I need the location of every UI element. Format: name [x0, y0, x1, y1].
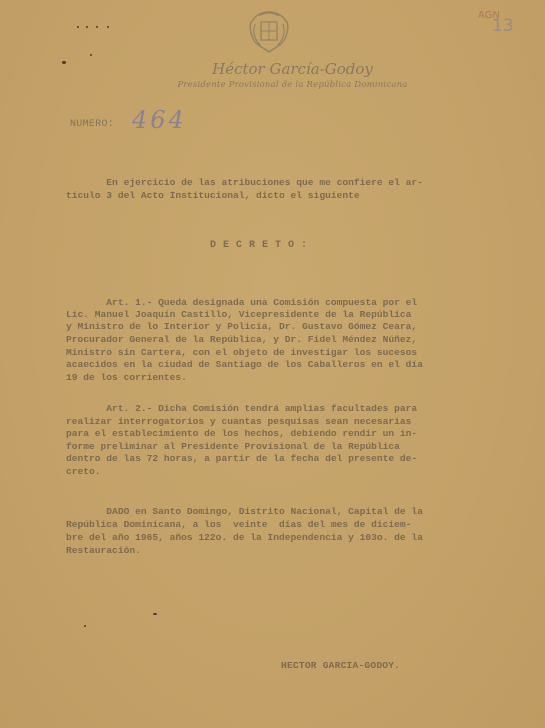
- article-line: para el establecimiento de los hechos, d…: [66, 427, 417, 440]
- article-line: creto.: [66, 465, 101, 478]
- paper-speck: [86, 26, 88, 28]
- closing-line: República Dominicana, a los veinte días …: [66, 518, 411, 531]
- letterhead-title: Presidente Provisional de la República D…: [0, 80, 545, 90]
- numero-label: NUMERO:: [70, 119, 114, 130]
- paper-speck: [107, 26, 109, 28]
- archive-mark: AGN 13: [478, 10, 500, 21]
- numero-value: 464: [132, 106, 187, 134]
- decree-page: Héctor García-Godoy Presidente Provision…: [0, 0, 545, 728]
- paper-speck: [90, 54, 92, 56]
- article-line: 19 de los corrientes.: [66, 371, 187, 384]
- preamble-line: tículo 3 del Acto Institucional, dicto e…: [66, 189, 360, 202]
- archive-number: 13: [492, 16, 514, 36]
- letterhead-name: Héctor García-Godoy: [0, 60, 545, 78]
- paper-speck: [153, 613, 157, 615]
- preamble-line: En ejercicio de las atribuciones que me …: [66, 176, 423, 189]
- article-line: acaecidos en la ciudad de Santiago de lo…: [66, 358, 423, 371]
- signature-name: HECTOR GARCIA-GODOY.: [281, 660, 400, 671]
- paper-speck: [77, 26, 79, 28]
- paper-speck: [84, 625, 86, 627]
- article-line: Art. 2.- Dicha Comisión tendrá amplias f…: [66, 402, 417, 415]
- decree-heading: DECRETO:: [210, 240, 314, 251]
- closing-line: DADO en Santo Domingo, Distrito Nacional…: [66, 505, 423, 518]
- coat-of-arms-icon: [243, 8, 295, 56]
- article-line: y Ministro de lo Interior y Policía, Dr.…: [66, 320, 417, 333]
- closing-line: Restauración.: [66, 544, 141, 557]
- closing-line: bre del año 1965, años 122o. de la Indep…: [66, 531, 423, 544]
- article-line: Procurador General de la República, y Dr…: [66, 333, 417, 346]
- article-line: dentro de las 72 horas, a partir de la f…: [66, 452, 417, 465]
- paper-speck: [96, 26, 98, 28]
